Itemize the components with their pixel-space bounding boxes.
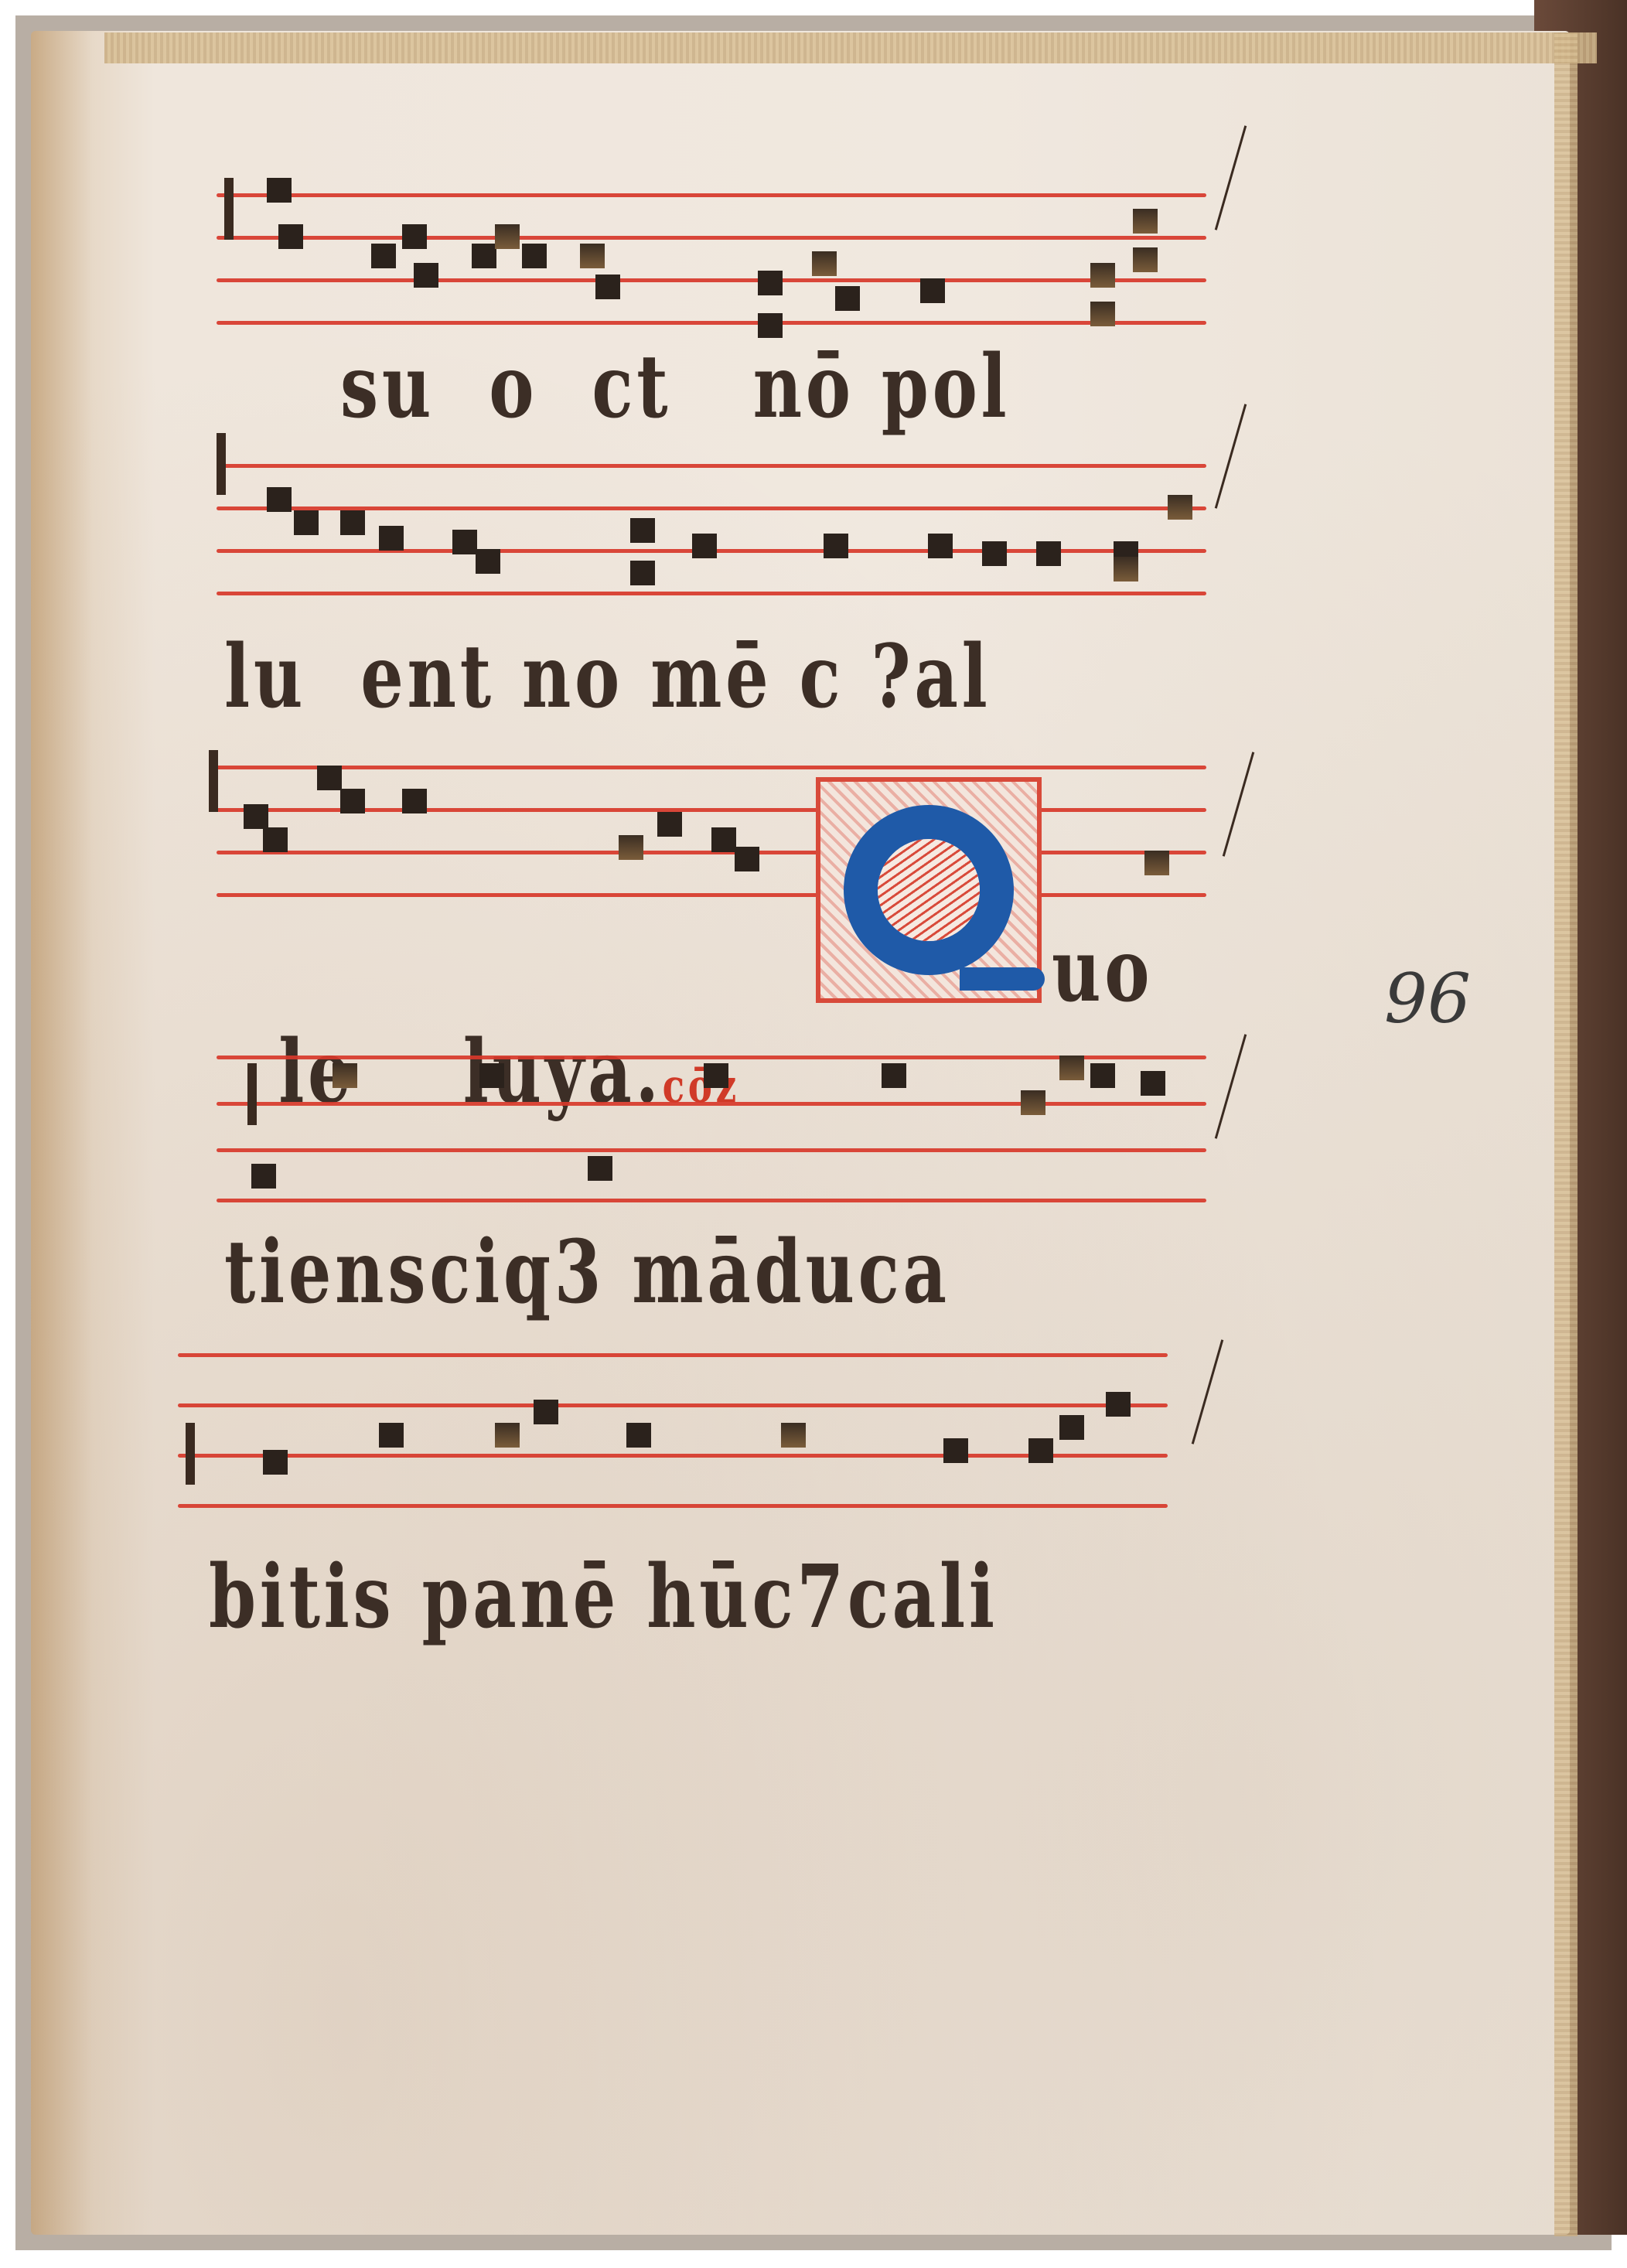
c-clef-icon	[247, 1063, 257, 1125]
neume	[1168, 495, 1192, 520]
neume	[824, 534, 848, 558]
text-line-2: lu ent no mē c ?al	[224, 626, 991, 728]
initial-infill	[878, 839, 980, 941]
neume	[495, 1423, 520, 1448]
neume	[758, 271, 783, 295]
neume	[692, 534, 717, 558]
neume	[402, 224, 427, 249]
neume	[928, 534, 953, 558]
neume	[479, 1063, 504, 1088]
neume	[333, 1063, 357, 1088]
c-clef-icon	[217, 433, 226, 495]
neume	[402, 789, 427, 813]
neume	[630, 518, 655, 543]
neume	[263, 1450, 288, 1475]
neume	[534, 1400, 558, 1424]
neume	[414, 263, 438, 288]
neume	[294, 510, 319, 535]
decorated-initial-q: Q	[816, 777, 1042, 1003]
neume	[704, 1063, 728, 1088]
neume	[1144, 851, 1169, 875]
neume	[920, 278, 945, 303]
neume	[882, 1063, 906, 1088]
neume	[580, 244, 605, 268]
neume	[835, 286, 860, 311]
neume	[1028, 1438, 1053, 1463]
neume	[1036, 541, 1061, 566]
staff-2	[217, 464, 1206, 595]
neume	[472, 244, 496, 268]
staff-1	[217, 193, 1206, 325]
neume	[657, 812, 682, 837]
neume	[379, 1423, 404, 1448]
staff-5	[178, 1353, 1168, 1508]
text-line-3-after-initial: uo	[1052, 920, 1153, 1021]
staff-3	[217, 766, 1206, 897]
neume	[1059, 1056, 1084, 1080]
c-clef-icon	[224, 178, 234, 240]
neume	[588, 1156, 612, 1181]
neume	[340, 510, 365, 535]
text-line-4: tiensciq3 māduca	[224, 1222, 950, 1323]
neume	[340, 789, 365, 813]
neume	[495, 224, 520, 249]
neume	[1106, 1392, 1131, 1417]
neume	[267, 178, 292, 203]
neume	[251, 1164, 276, 1189]
neume	[1090, 1063, 1115, 1088]
neume	[711, 827, 736, 852]
neume	[781, 1423, 806, 1448]
neume	[1133, 247, 1158, 272]
neume	[476, 549, 500, 574]
neume	[452, 530, 477, 554]
neume	[758, 313, 783, 338]
neume	[595, 275, 620, 299]
neume	[1141, 1071, 1165, 1096]
staff-4	[217, 1056, 1206, 1202]
neume	[619, 835, 643, 860]
neume	[522, 244, 547, 268]
neume	[278, 224, 303, 249]
c-clef-icon	[186, 1423, 195, 1485]
neume	[735, 847, 759, 871]
folio-number: 96	[1384, 959, 1471, 1039]
c-clef-icon	[209, 750, 218, 812]
neume	[267, 487, 292, 512]
neume	[626, 1423, 651, 1448]
neume	[263, 827, 288, 852]
initial-letter: Q	[820, 782, 1037, 783]
initial-tail	[960, 967, 1045, 991]
neume	[1090, 302, 1115, 326]
neume	[317, 766, 342, 790]
neume	[379, 526, 404, 551]
neume	[982, 541, 1007, 566]
repair-tape-top	[104, 32, 1597, 63]
neume	[630, 561, 655, 585]
repair-tape-right	[1554, 32, 1578, 2236]
text-line-5: bitis panē hūc7cali	[209, 1547, 998, 1648]
neume	[1133, 209, 1158, 234]
neume	[371, 244, 396, 268]
neume	[943, 1438, 968, 1463]
neume	[1021, 1090, 1045, 1115]
neume	[812, 251, 837, 276]
text-line-1: su o ct nō pol	[340, 336, 1010, 438]
neume	[1090, 263, 1115, 288]
neume	[1059, 1415, 1084, 1440]
neume	[244, 804, 268, 829]
neume	[1114, 557, 1138, 581]
